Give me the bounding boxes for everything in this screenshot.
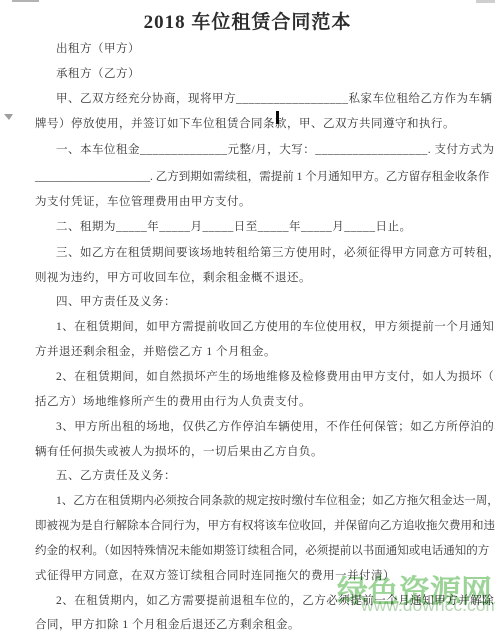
contract-line: 为支付凭证，车位管理费用由甲方支付。 [35, 193, 465, 213]
text-caret [276, 111, 279, 124]
contract-line: 1、在租赁期间，如甲方需提前收回乙方使用的车位使用权，甲方须提前一个月通知乙 [35, 318, 486, 338]
scan-artifact-top-right [476, 0, 495, 3]
contract-line: ____________________. 乙方到期如需续租，需提前 1 个月通… [35, 168, 465, 188]
contract-line: 合同，甲方扣除 1 个月租金后退还乙方剩余租金。 [35, 616, 465, 632]
contract-line: 四、甲方责任及义务： [35, 293, 486, 313]
watermark-site-url: www.downcc.com [361, 595, 495, 616]
contract-line: 三、如乙方在租赁期间要该场地转租给第三方使用时，必须征得甲方同意方可转租，否 [35, 244, 486, 264]
contract-line: 牌号）停放使用，并签订如下车位租赁合同条款，甲、乙双方共同遵守和执行。 [35, 115, 465, 135]
contract-line: 括乙方）场地维修所产生的费用由行为人负责支付。 [35, 393, 465, 413]
contract-line: 出租方（甲方） [35, 40, 486, 60]
contract-line: 承租方（乙方） [35, 65, 486, 85]
contract-line: 1、乙方在租赁期内必须按合同条款的规定按时缴付车位租金；如乙方拖欠租金达一周， [35, 492, 486, 512]
contract-line: 辆有任何损失或被人为损坏的，一切后果由乙方自负。 [35, 443, 465, 463]
contract-line: 约金的权利。（如因特殊情况未能如期签订续租合同，必须提前以书面通知或电话通知的方 [35, 542, 465, 562]
contract-line: 方并退还剩余租金，并赔偿乙方 1 个月租金。 [35, 343, 465, 363]
contract-line: 一、本车位租金______________元整/月，大写：___________… [35, 141, 486, 161]
document-title: 2018 车位租赁合同范本 [0, 7, 495, 34]
contract-line: 二、租期为_____年_____月_____日至_____年_____月____… [35, 218, 486, 238]
contract-line: 3、甲方所出租的场地，仅供乙方作停泊车辆使用，不作任何保管；如乙方所停泊的车 [35, 418, 486, 438]
contract-line: 五、乙方责任及义务： [35, 467, 486, 487]
contract-line: 即被视为是自行解除本合同行为，甲方有权将该车位收回，并保留向乙方追收拖欠费用和违 [35, 517, 465, 537]
cursor-arrow-artifact [4, 114, 13, 120]
document-page[interactable]: 2018 车位租赁合同范本 出租方（甲方） 承租方（乙方） 甲、乙双方经充分协商… [0, 0, 495, 632]
contract-line: 甲、乙双方经充分协商，现将甲方__________________私家车位租给乙… [35, 90, 486, 110]
contract-line: 2、在租赁期间，如自然损坏产生的场地维修及检修费用由甲方支付，如人为损坏（包 [35, 368, 486, 388]
contract-line: 则视为违约，甲方可收回车位，剩余租金概不退还。 [35, 269, 465, 289]
scan-artifact-top-left [12, 0, 39, 2]
